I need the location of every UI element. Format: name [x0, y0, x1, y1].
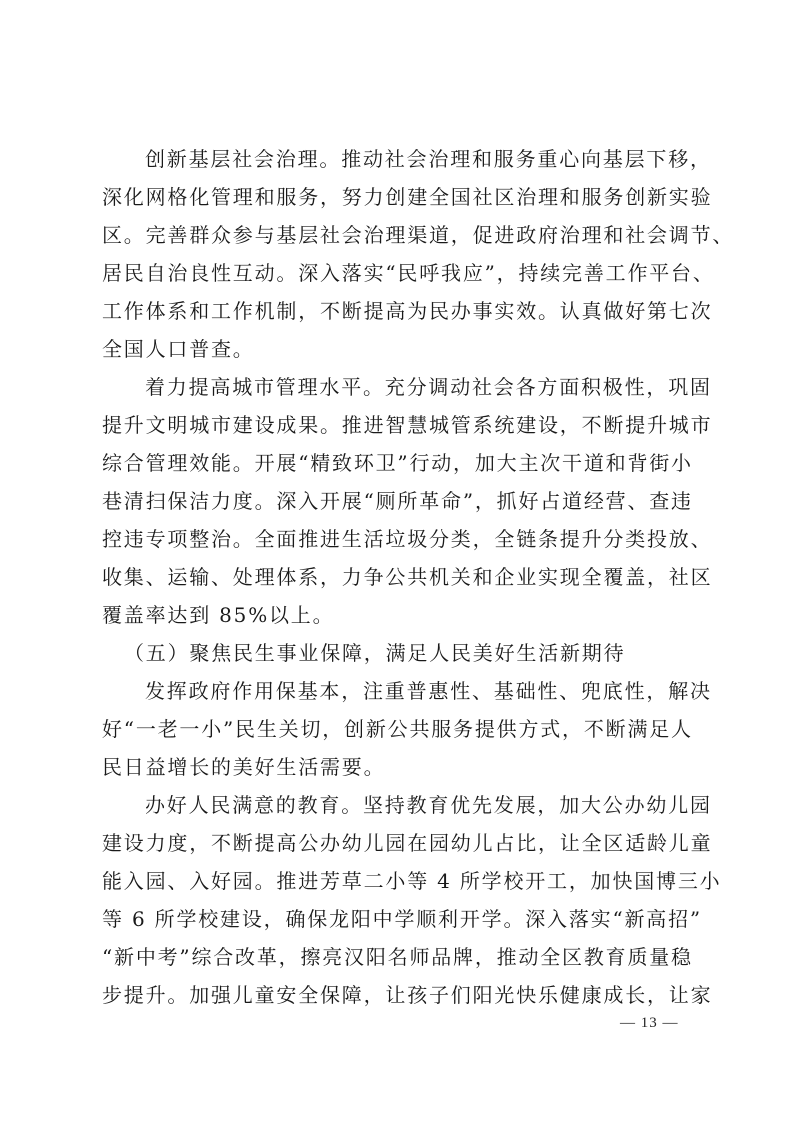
text-line: 办好人民满意的教育。坚持教育优先发展，加大公办幼儿园	[102, 786, 692, 824]
text-line: 控违专项整治。全面推进生活垃圾分类，全链条提升分类投放、	[102, 520, 692, 558]
section-heading: （五）聚焦民生事业保障，满足人民美好生活新期待	[102, 634, 692, 672]
text-line: 民日益增长的美好生活需要。	[102, 748, 692, 786]
paragraph-grassroots-governance: 创新基层社会治理。推动社会治理和服务重心向基层下移， 深化网格化管理和服务，努力…	[102, 140, 692, 368]
text-line: 居民自治良性互动。深入落实“民呼我应”，持续完善工作平台、	[102, 254, 692, 292]
text-line: 全国人口普查。	[102, 330, 692, 368]
text-line: 发挥政府作用保基本，注重普惠性、基础性、兜底性，解决	[102, 672, 692, 710]
paragraph-education: 办好人民满意的教育。坚持教育优先发展，加大公办幼儿园 建设力度，不断提高公办幼儿…	[102, 786, 692, 1014]
text-line: “新中考”综合改革，擦亮汉阳名师品牌，推动全区教育质量稳	[102, 938, 692, 976]
text-line: 提升文明城市建设成果。推进智慧城管系统建设，不断提升城市	[102, 406, 692, 444]
text-line: 创新基层社会治理。推动社会治理和服务重心向基层下移，	[102, 140, 692, 178]
text-line: 能入园、入好园。推进芳草二小等 4 所学校开工，加快国博三小	[102, 862, 692, 900]
document-page-body: 创新基层社会治理。推动社会治理和服务重心向基层下移， 深化网格化管理和服务，努力…	[102, 140, 692, 1014]
text-line: 建设力度，不断提高公办幼儿园在园幼儿占比，让全区适龄儿童	[102, 824, 692, 862]
text-line: 工作体系和工作机制，不断提高为民办事实效。认真做好第七次	[102, 292, 692, 330]
text-line: 深化网格化管理和服务，努力创建全国社区治理和服务创新实验	[102, 178, 692, 216]
text-line: 步提升。加强儿童安全保障，让孩子们阳光快乐健康成长，让家	[102, 976, 692, 1014]
section-heading-five: （五）聚焦民生事业保障，满足人民美好生活新期待	[102, 634, 692, 672]
text-line: 等 6 所学校建设，确保龙阳中学顺利开学。深入落实“新高招”	[102, 900, 692, 938]
page-number: — 13 —	[620, 1015, 679, 1032]
text-line: 收集、运输、处理体系，力争公共机关和企业实现全覆盖，社区	[102, 558, 692, 596]
text-line: 区。完善群众参与基层社会治理渠道，促进政府治理和社会调节、	[102, 216, 692, 254]
text-line: 好“一老一小”民生关切，创新公共服务提供方式，不断满足人	[102, 710, 692, 748]
text-line: 覆盖率达到 85%以上。	[102, 596, 692, 634]
paragraph-city-management: 着力提高城市管理水平。充分调动社会各方面积极性，巩固 提升文明城市建设成果。推进…	[102, 368, 692, 634]
text-line: 巷清扫保洁力度。深入开展“厕所革命”，抓好占道经营、查违	[102, 482, 692, 520]
text-line: 综合管理效能。开展“精致环卫”行动，加大主次干道和背街小	[102, 444, 692, 482]
paragraph-government-role: 发挥政府作用保基本，注重普惠性、基础性、兜底性，解决 好“一老一小”民生关切，创…	[102, 672, 692, 786]
text-line: 着力提高城市管理水平。充分调动社会各方面积极性，巩固	[102, 368, 692, 406]
